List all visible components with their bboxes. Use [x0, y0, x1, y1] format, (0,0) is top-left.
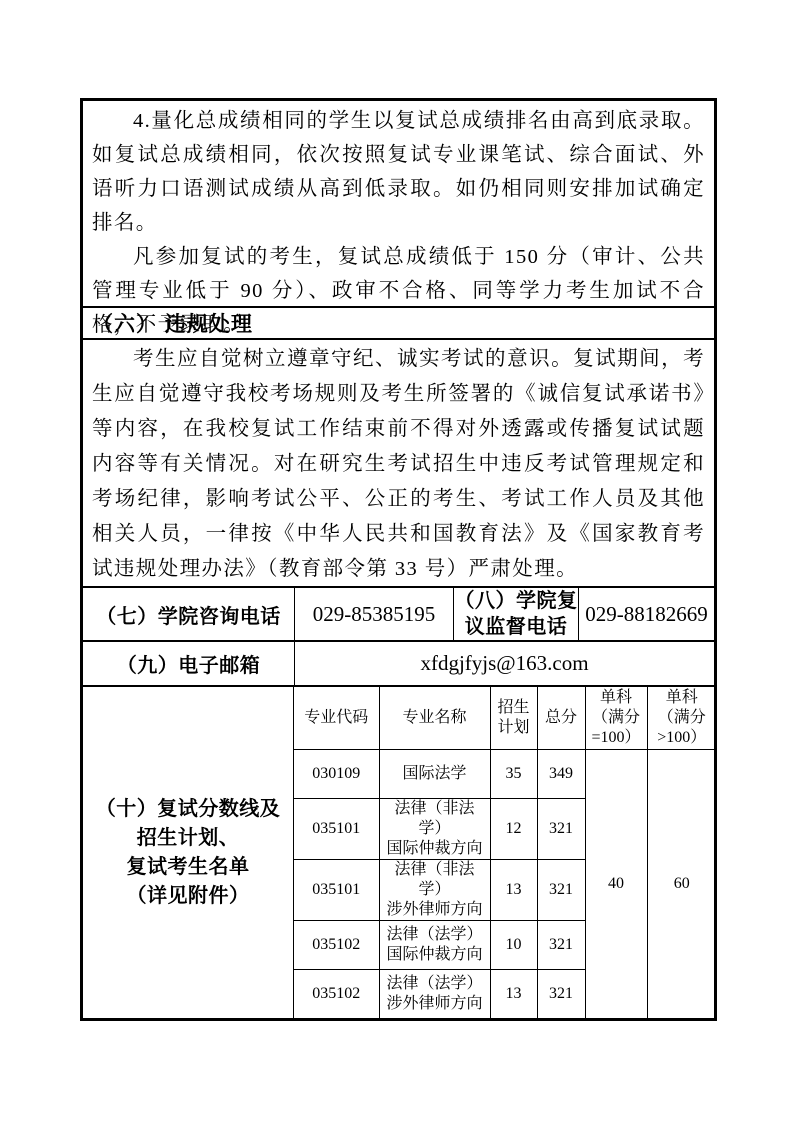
total-score: 349	[537, 749, 585, 798]
score-table: 专业代码 专业名称 招生 计划 总分 单科 （满分 =100） 单科 （满分 >…	[294, 687, 716, 1018]
major-code: 035102	[294, 969, 379, 1018]
header-enroll-plan: 招生 计划	[490, 687, 537, 749]
section-admission-rules: 4.量化总成绩相同的学生以复试总成绩排名由高到底录取。如复试总成绩相同，依次按照…	[83, 101, 714, 306]
consult-phone-label: （七）学院咨询电话	[83, 588, 294, 640]
score-header-row: 专业代码 专业名称 招生 计划 总分 单科 （满分 =100） 单科 （满分 >…	[294, 687, 716, 749]
enroll-plan: 35	[490, 749, 537, 798]
major-code: 030109	[294, 749, 379, 798]
review-phone-label: （八）学院复 议监督电话	[453, 588, 578, 640]
major-code: 035101	[294, 859, 379, 920]
major-name: 法律（非法学） 国际仲裁方向	[379, 798, 490, 859]
email-value: xfdgjfyjs@163.com	[294, 642, 714, 685]
total-score: 321	[537, 798, 585, 859]
section-violation-body: 考生应自觉树立遵章守纪、诚实考试的意识。复试期间，考生应自觉遵守我校考场规则及考…	[83, 338, 714, 586]
major-code: 035102	[294, 920, 379, 969]
violation-paragraph: 考生应自觉树立遵章守纪、诚实考试的意识。复试期间，考生应自觉遵守我校考场规则及考…	[92, 342, 705, 587]
notice-table: 4.量化总成绩相同的学生以复试总成绩排名由高到底录取。如复试总成绩相同，依次按照…	[80, 98, 717, 1021]
major-name: 法律（非法学） 涉外律师方向	[379, 859, 490, 920]
review-phone-number: 029-88182669	[578, 588, 714, 640]
section-email: （九）电子邮箱 xfdgjfyjs@163.com	[83, 640, 714, 685]
major-code: 035101	[294, 798, 379, 859]
section-phones: （七）学院咨询电话 029-85385195 （八）学院复 议监督电话 029-…	[83, 586, 714, 640]
header-major-name: 专业名称	[379, 687, 490, 749]
enroll-plan: 13	[490, 969, 537, 1018]
total-score: 321	[537, 920, 585, 969]
header-single-eq100: 单科 （满分 =100）	[585, 687, 647, 749]
score-section-label: （十）复试分数线及 招生计划、 复试考生名单 （详见附件）	[83, 687, 294, 1018]
major-name: 法律（法学） 涉外律师方向	[379, 969, 490, 1018]
enroll-plan: 10	[490, 920, 537, 969]
merged-single-gt100: 60	[647, 749, 716, 1018]
header-major-code: 专业代码	[294, 687, 379, 749]
total-score: 321	[537, 969, 585, 1018]
major-name: 法律（法学） 国际仲裁方向	[379, 920, 490, 969]
score-table-wrap: 专业代码 专业名称 招生 计划 总分 单科 （满分 =100） 单科 （满分 >…	[294, 687, 716, 1018]
section-violation-heading: （六） 违规处理	[83, 306, 714, 338]
consult-phone-number: 029-85385195	[294, 588, 453, 640]
score-row: 030109 国际法学 35 349 40 60	[294, 749, 716, 798]
section-score-lines: （十）复试分数线及 招生计划、 复试考生名单 （详见附件） 专业代码 专业名称 …	[83, 685, 714, 1018]
major-name: 国际法学	[379, 749, 490, 798]
enroll-plan: 13	[490, 859, 537, 920]
header-total-score: 总分	[537, 687, 585, 749]
rule-4-paragraph: 4.量化总成绩相同的学生以复试总成绩排名由高到底录取。如复试总成绩相同，依次按照…	[92, 104, 705, 240]
header-single-gt100: 单科 （满分 >100）	[647, 687, 716, 749]
enroll-plan: 12	[490, 798, 537, 859]
total-score: 321	[537, 859, 585, 920]
email-label: （九）电子邮箱	[83, 642, 294, 685]
merged-single-eq100: 40	[585, 749, 647, 1018]
violation-heading: （六） 违规处理	[92, 308, 253, 338]
